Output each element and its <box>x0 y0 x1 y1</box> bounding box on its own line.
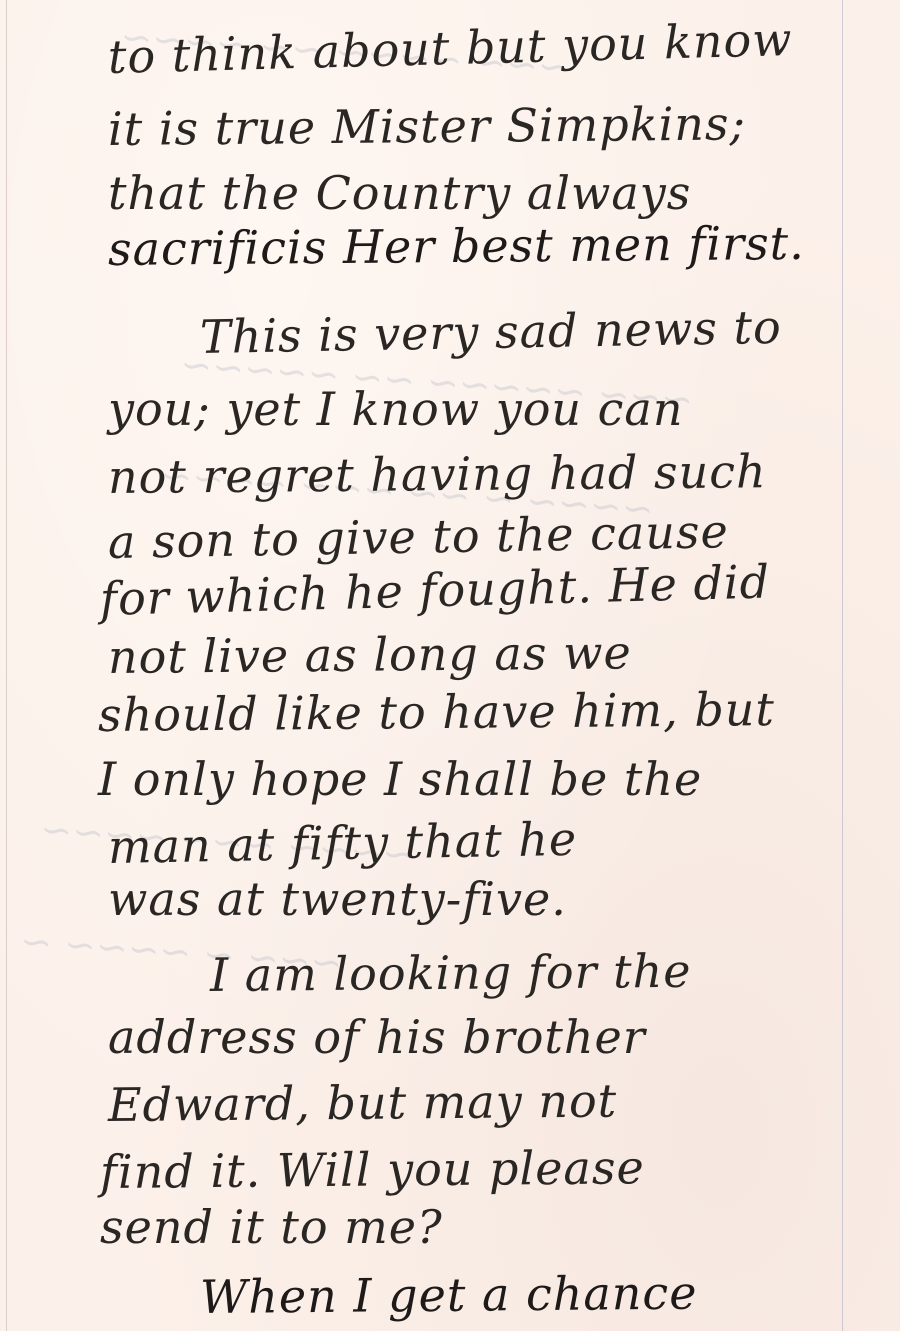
letter-line: not live as long as we <box>108 625 632 684</box>
letter-line: was at twenty-five. <box>108 872 567 926</box>
letter-line: it is true Mister Simpkins; <box>108 96 747 156</box>
page-margin-line <box>842 0 843 1331</box>
letter-line: When I get a chance <box>200 1266 698 1324</box>
letter-line: I only hope I shall be the <box>98 752 702 806</box>
letter-line: you; yet I know you can <box>108 382 683 436</box>
letter-line: to think about but you know <box>107 12 793 84</box>
letter-line: This is very sad news to <box>200 300 783 364</box>
letter-line: that the Country always <box>108 166 691 220</box>
page-left-edge <box>6 0 7 1331</box>
letter-page: ~~~ ~~~~ ~~ ~~~~ ~~~ ~~~~~ ~~ ~~~~~ ~~~~… <box>0 0 900 1331</box>
letter-line: find it. Will you please <box>100 1140 645 1199</box>
letter-line: I am looking for the <box>210 944 692 1002</box>
letter-line: sacrificis Her best men first. <box>108 216 805 276</box>
letter-line: not regret having had such <box>108 444 767 504</box>
letter-line: should like to have him, but <box>98 682 775 742</box>
letter-line: address of his brother <box>108 1010 646 1064</box>
letter-line: Edward, but may not <box>108 1074 618 1132</box>
letter-line: man at fifty that he <box>108 812 578 874</box>
letter-line: send it to me? <box>100 1200 443 1254</box>
